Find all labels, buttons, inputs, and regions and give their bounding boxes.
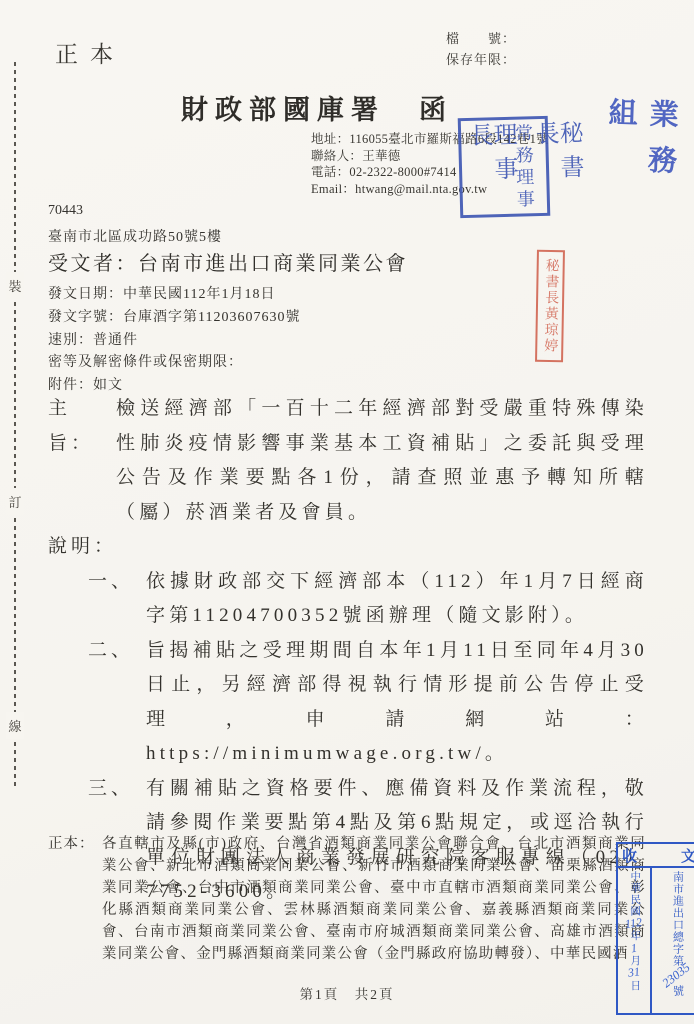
recipient-zip: 70443 [48, 203, 83, 219]
retention-period-label: 保存年限： [446, 49, 516, 70]
issue-date: 發文日期：中華民國112年1月18日 [48, 284, 300, 307]
page-footer: 第1頁 共2頁 [0, 983, 694, 1003]
binding-mark-xian: 線 [6, 712, 24, 739]
stamp-column-chairman: 理事長 [466, 122, 516, 213]
file-number-block: 檔 號： 保存年限： [446, 28, 516, 70]
scanned-official-letter: 裝 訂 線 正本 檔 號： 保存年限： 財政部國庫署 函 地址：116055臺北… [0, 0, 694, 1024]
officers-approval-stamp: 理事長 常務理事 秘書長 [458, 116, 551, 218]
assignment-note-business-group: 業務組 [597, 97, 683, 230]
subject-label: 主旨： [48, 392, 116, 530]
issue-number: 發文字號：台庫酒字第11203607630號 [48, 307, 300, 330]
explanation-label: 說明： [48, 530, 648, 565]
receive-date-era: 中華民國 [629, 871, 640, 917]
item-1-text: 依據財政部交下經濟部本（112）年1月7日經商字第11204700352號函辦理… [146, 565, 648, 634]
explanation-item-2: 二、 旨揭補貼之受理期間自本年1月11日至同年4月30日止，另經濟部得視執行情形… [88, 634, 648, 772]
delivery-speed: 速別：普通件 [48, 330, 300, 353]
distribution-list: 正本： 各直轄市及縣(市)政府、台灣省酒類商業同業公會聯合會、台北市酒類商業同業… [48, 833, 646, 965]
letter-body: 主旨： 檢送經濟部「一百十二年經濟部對受嚴重特殊傳染性肺炎疫情影響事業基本工資補… [48, 392, 648, 910]
binding-mark-ding: 訂 [6, 488, 24, 515]
receive-stamp-header: 收 文 [618, 844, 694, 868]
item-2-number: 二、 [88, 634, 146, 772]
receive-stamp-header-right: 文 [681, 845, 694, 866]
recipient-line: 受文者：台南市進出口商業同業公會 [48, 247, 408, 276]
explanation-item-1: 一、 依據財政部交下經濟部本（112）年1月7日經商字第11204700352號… [88, 565, 648, 634]
receive-date-day-value: 31 [627, 966, 641, 981]
receive-date-month-value: 1 [630, 941, 638, 955]
distribution-text: 各直轄市及縣(市)政府、台灣省酒類商業同業公會聯合會、台北市酒類商業同業公會、新… [102, 833, 646, 965]
item-1-number: 一、 [88, 565, 146, 634]
secretary-red-seal: 秘書長黃琼婷 [535, 250, 565, 362]
receive-date-year-value: 112 [625, 916, 644, 931]
file-number-label: 檔 號： [446, 28, 516, 49]
distribution-label: 正本： [48, 833, 102, 965]
secretary-red-seal-text: 秘書長黃琼婷 [539, 258, 561, 354]
binding-dashed-line [14, 62, 16, 790]
recipient-address: 臺南市北區成功路50號5樓 [48, 226, 222, 246]
binding-mark-zhuang: 裝 [6, 272, 24, 299]
item-2-text: 旨揭補貼之受理期間自本年1月11日至同年4月30日止，另經濟部得視執行情形提前公… [146, 634, 648, 772]
security-classification: 密等及解密條件或保密期限： [48, 352, 300, 375]
receive-stamp-header-left: 收 [622, 845, 637, 866]
receive-ref-prefix: 南市進出口總 [672, 871, 683, 943]
document-meta-block: 發文日期：中華民國112年1月18日 發文字號：台庫酒字第11203607630… [48, 284, 300, 398]
copy-type-label: 正本 [55, 36, 125, 69]
subject-row: 主旨： 檢送經濟部「一百十二年經濟部對受嚴重特殊傳染性肺炎疫情影響事業基本工資補… [48, 392, 648, 530]
stamp-column-secretary-general: 秘書長 [532, 120, 582, 211]
subject-text: 檢送經濟部「一百十二年經濟部對受嚴重特殊傳染性肺炎疫情影響事業基本工資補貼」之委… [116, 392, 648, 530]
